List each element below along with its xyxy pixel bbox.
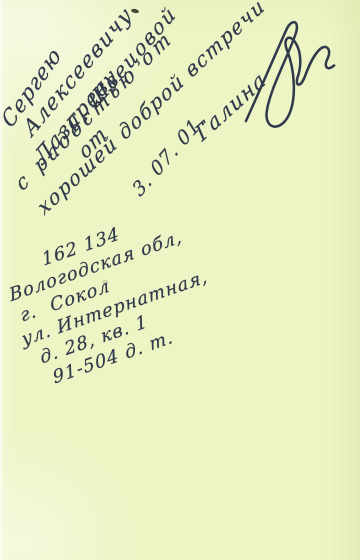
address-block: 162 134 Вологодская обл, г. Сокол ул. Ин…	[2, 198, 220, 398]
signature-flourish-icon	[242, 14, 338, 140]
handwritten-note-page: Сергею Алексеевичу Лазареву Г. Швецовой …	[0, 0, 360, 560]
ink-speck	[131, 8, 140, 14]
page-left-edge	[0, 0, 2, 560]
